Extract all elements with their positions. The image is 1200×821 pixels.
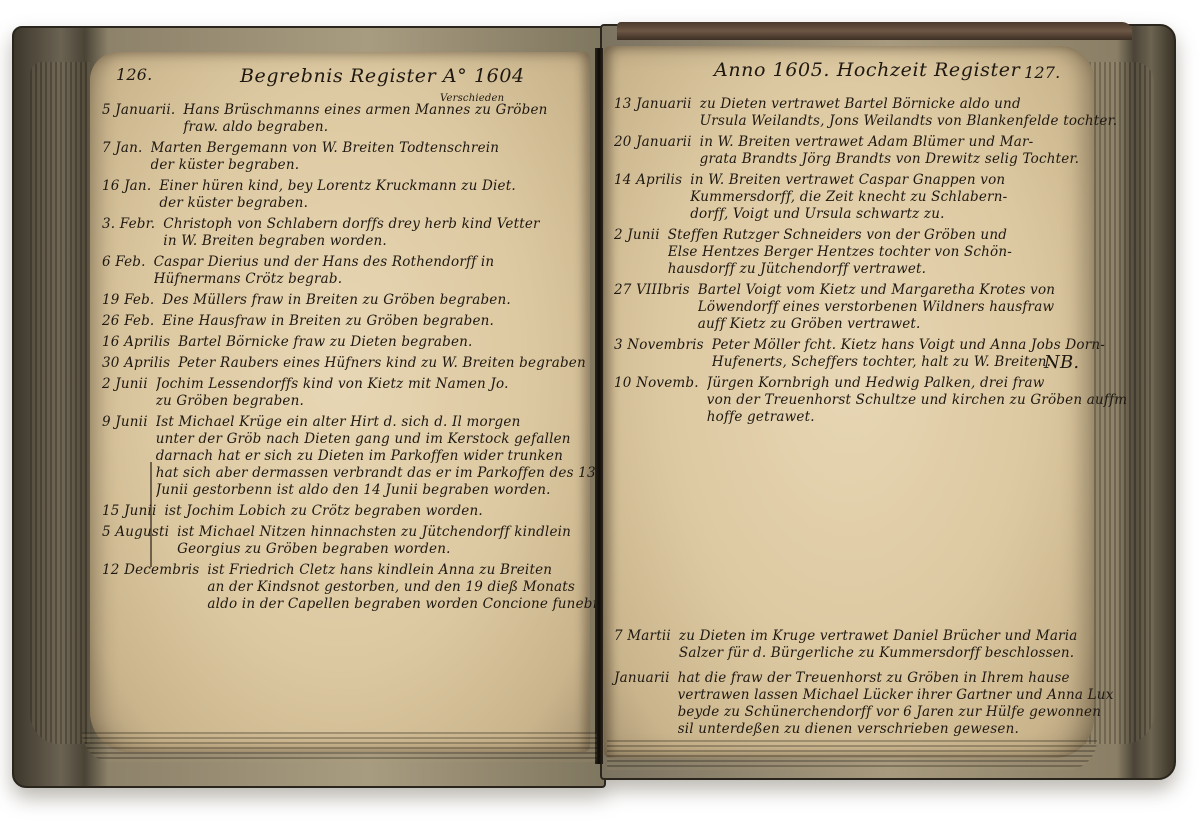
entry-date: Januarii (614, 670, 678, 738)
left-page-number: 126. (116, 66, 152, 83)
entry-line: Jochim Lessendorffs kind von Kietz mit N… (156, 376, 580, 393)
right-page-number: 127. (1024, 64, 1060, 81)
entry-line: beyde zu Schünerchendorff vor 6 Jaren zu… (678, 704, 1114, 721)
entry-date: 16 Aprilis (102, 334, 178, 351)
marriage-register-entries: 13 Januarii zu Dieten vertrawet Bartel B… (614, 96, 1044, 430)
burial-register-entries: 5 Januarii. Hans Brüschmanns eines armen… (102, 102, 580, 617)
entry-line: Bartel Börnicke fraw zu Dieten begraben. (178, 334, 580, 351)
entry-line: Christoph von Schlabern dorffs drey herb… (163, 216, 580, 233)
entry-line: an der Kindsnot gestorben, und den 19 di… (207, 579, 652, 596)
entry-line: Ursula Weilandts, Jons Weilandts von Bla… (700, 113, 1118, 130)
entry-date: 3. Febr. (102, 216, 163, 250)
entry-line: Peter Raubers eines Hüfners kind zu W. B… (178, 355, 586, 372)
entry-line: darnach hat er sich zu Dieten im Parkoff… (156, 448, 596, 465)
entry-line: der küster begraben. (151, 157, 580, 174)
entry-date: 13 Januarii (614, 96, 700, 130)
entry-line: unter der Gröb nach Dieten gang und im K… (156, 431, 596, 448)
right-page: Anno 1605. Hochzeit Register 127. NB. 13… (604, 46, 1094, 758)
right-bottom-page-edge (607, 740, 1097, 770)
entry-line: in W. Breiten begraben worden. (163, 233, 580, 250)
entry-line: Else Hentzes Berger Hentzes tochter von … (668, 244, 1044, 261)
entry-line: auff Kietz zu Gröben vertrawet. (698, 316, 1055, 333)
register-entry: 26 Feb. Eine Hausfraw in Breiten zu Gröb… (102, 313, 580, 330)
register-entry: 10 Novemb. Jürgen Kornbrigh und Hedwig P… (614, 375, 1044, 426)
register-entry: 20 Januarii in W. Breiten vertrawet Adam… (614, 134, 1044, 168)
entry-date: 20 Januarii (614, 134, 700, 168)
entry-line: vertrawen lassen Michael Lücker ihrer Ga… (678, 687, 1114, 704)
entry-line: zu Dieten im Kruge vertrawet Daniel Brüc… (679, 628, 1078, 645)
entry-date: 19 Feb. (102, 292, 162, 309)
entry-date: 15 Junii (102, 503, 165, 520)
register-entry: 9 Junii Ist Michael Krüge ein alter Hirt… (102, 414, 580, 499)
left-page-heading: Begrebnis Register A° 1604 (240, 68, 525, 85)
entry-date: 7 Martii (614, 628, 679, 662)
right-page-heading: Anno 1605. Hochzeit Register (714, 62, 1020, 79)
entry-line: Hüfnermans Crötz begrab. (154, 271, 580, 288)
entry-line: ist Friedrich Cletz hans kindlein Anna z… (207, 562, 652, 579)
entry-line: von der Treuenhorst Schultze und kirchen… (707, 392, 1128, 409)
entry-date: 6 Feb. (102, 254, 154, 288)
entry-date: 14 Aprilis (614, 172, 690, 223)
register-entry: 7 Jan. Marten Bergemann von W. Breiten T… (102, 140, 580, 174)
entry-line: Hufenerts, Scheffers tochter, halt zu W.… (712, 354, 1105, 371)
register-entry: Januarii hat die fraw der Treuenhorst zu… (614, 670, 1054, 738)
entry-line: Caspar Dierius und der Hans des Rothendo… (154, 254, 580, 271)
register-entry: 19 Feb. Des Müllers fraw in Breiten zu G… (102, 292, 580, 309)
left-bottom-page-edge (82, 732, 597, 762)
entry-date: 5 Augusti (102, 524, 177, 558)
entry-line: hoffe getrawet. (707, 409, 1128, 426)
left-page-stack-edge (30, 62, 90, 744)
entry-line: Kummersdorff, die Zeit knecht zu Schlabe… (690, 189, 1044, 206)
register-entry: 30 Aprilis Peter Raubers eines Hüfners k… (102, 355, 580, 372)
entry-line: Bartel Voigt vom Kietz und Margaretha Kr… (698, 282, 1055, 299)
entry-date: 27 VIIIbris (614, 282, 698, 333)
register-entry: 5 Januarii. Hans Brüschmanns eines armen… (102, 102, 580, 136)
entry-line: Ist Michael Krüge ein alter Hirt d. sich… (156, 414, 596, 431)
register-entry: 16 Aprilis Bartel Börnicke fraw zu Diete… (102, 334, 580, 351)
entry-line: Hans Brüschmanns eines armen Mannes zu G… (183, 102, 580, 119)
entry-date: 3 Novembris (614, 337, 712, 371)
spine-top (617, 22, 1132, 40)
entry-line: Jürgen Kornbrigh und Hedwig Palken, drei… (707, 375, 1128, 392)
entry-line: hat sich aber dermassen verbrandt das er… (156, 465, 596, 482)
register-entry: 2 Junii Jochim Lessendorffs kind von Kie… (102, 376, 580, 410)
marriage-register-later-entries: 7 Martii zu Dieten im Kruge vertrawet Da… (614, 628, 1054, 742)
register-entry: 14 Aprilis in W. Breiten vertrawet Caspa… (614, 172, 1044, 223)
entry-date: 9 Junii (102, 414, 156, 499)
register-entry: 6 Feb. Caspar Dierius und der Hans des R… (102, 254, 580, 288)
entry-date: 16 Jan. (102, 178, 159, 212)
entry-line: Einer hüren kind, bey Lorentz Kruckmann … (159, 178, 580, 195)
entry-line: hausdorff zu Jütchendorff vertrawet. (668, 261, 1044, 278)
entry-line: Eine Hausfraw in Breiten zu Gröben begra… (162, 313, 580, 330)
entry-date: 30 Aprilis (102, 355, 178, 372)
entry-line: ist Jochim Lobich zu Crötz begraben word… (165, 503, 580, 520)
entry-line: Marten Bergemann von W. Breiten Todtensc… (151, 140, 580, 157)
entry-line: Salzer für d. Bürgerliche zu Kummersdorf… (679, 645, 1078, 662)
entry-line: grata Brandts Jörg Brandts von Drewitz s… (700, 151, 1079, 168)
entry-line: in W. Breiten vertrawet Adam Blümer und … (700, 134, 1079, 151)
register-entry: 5 Augusti ist Michael Nitzen hinnachsten… (102, 524, 580, 558)
register-entry: 2 Junii Steffen Rutzger Schneiders von d… (614, 227, 1044, 278)
entry-line: dorff, Voigt und Ursula schwartz zu. (690, 206, 1044, 223)
entry-line: fraw. aldo begraben. (183, 119, 580, 136)
left-page: 126. Begrebnis Register A° 1604 Verschie… (90, 52, 590, 752)
entry-line: Löwendorff eines verstorbenen Wildners h… (698, 299, 1055, 316)
register-entry: 16 Jan. Einer hüren kind, bey Lorentz Kr… (102, 178, 580, 212)
entry-line: zu Dieten vertrawet Bartel Börnicke aldo… (700, 96, 1118, 113)
entry-line: Des Müllers fraw in Breiten zu Gröben be… (162, 292, 580, 309)
entry-date: 2 Junii (614, 227, 668, 278)
entry-line: in W. Breiten vertrawet Caspar Gnappen v… (690, 172, 1044, 189)
entry-line: Georgius zu Gröben begraben worden. (177, 541, 580, 558)
register-entry: 15 Junii ist Jochim Lobich zu Crötz begr… (102, 503, 580, 520)
register-entry: 13 Januarii zu Dieten vertrawet Bartel B… (614, 96, 1044, 130)
entry-date: 7 Jan. (102, 140, 151, 174)
open-book: 126. Begrebnis Register A° 1604 Verschie… (12, 22, 1172, 784)
book-gutter (595, 48, 603, 764)
entry-line: der küster begraben. (159, 195, 580, 212)
entry-date: 10 Novemb. (614, 375, 707, 426)
register-entry: 27 VIIIbris Bartel Voigt vom Kietz und M… (614, 282, 1044, 333)
entry-line: ist Michael Nitzen hinnachsten zu Jütche… (177, 524, 580, 541)
entry-date: 26 Feb. (102, 313, 162, 330)
entry-line: hat die fraw der Treuenhorst zu Gröben i… (678, 670, 1114, 687)
entry-line: Junii gestorbenn ist aldo den 14 Junii b… (156, 482, 596, 499)
entry-line: sil unterdeßen zu dienen verschrieben ge… (678, 721, 1114, 738)
entry-line: Steffen Rutzger Schneiders von der Gröbe… (668, 227, 1044, 244)
register-entry: 3. Febr. Christoph von Schlabern dorffs … (102, 216, 580, 250)
register-entry: 7 Martii zu Dieten im Kruge vertrawet Da… (614, 628, 1054, 662)
register-entry: 3 Novembris Peter Möller fcht. Kietz han… (614, 337, 1044, 371)
entry-line: zu Gröben begraben. (156, 393, 580, 410)
entry-line: aldo in der Capellen begraben worden Con… (207, 596, 652, 613)
entry-date: 12 Decembris (102, 562, 207, 613)
register-entry: 12 Decembris ist Friedrich Cletz hans ki… (102, 562, 580, 613)
entry-line: Peter Möller fcht. Kietz hans Voigt und … (712, 337, 1105, 354)
entry-date: 5 Januarii. (102, 102, 183, 136)
entry-date: 2 Junii (102, 376, 156, 410)
